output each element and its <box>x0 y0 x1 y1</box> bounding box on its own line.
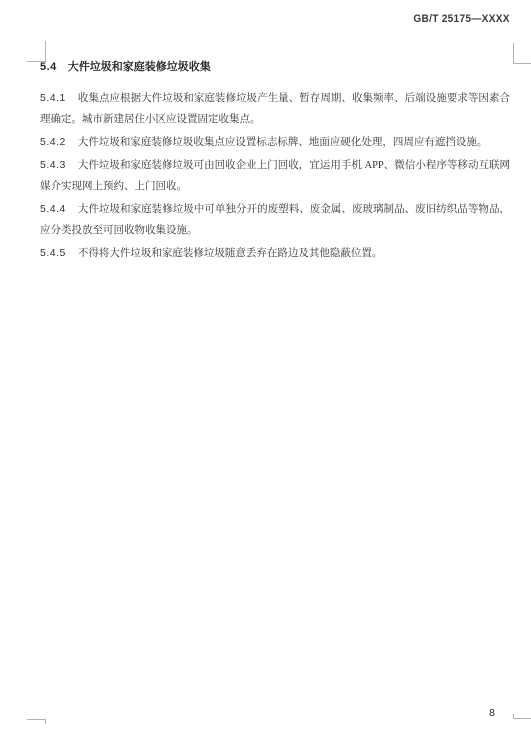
page-number: 8 <box>489 707 495 719</box>
clause-number: 5.4.4 <box>40 203 66 215</box>
clause-5-4-4: 5.4.4大件垃圾和家庭装修垃圾中可单独分开的废塑料、废金属、废玻璃制品、废旧纺… <box>40 199 510 241</box>
clause-number: 5.4.2 <box>40 136 66 148</box>
clause-number: 5.4.5 <box>40 247 66 259</box>
crop-mark-bottom-left <box>27 719 46 724</box>
section-number: 5.4 <box>40 61 57 73</box>
clause-text: 收集点应根据大件垃圾和家庭装修垃圾产生量、暂存周期、收集频率、后端设施要求等因素… <box>40 93 510 125</box>
clause-5-4-1: 5.4.1收集点应根据大件垃圾和家庭装修垃圾产生量、暂存周期、收集频率、后端设施… <box>40 88 510 130</box>
section-heading: 5.4大件垃圾和家庭装修垃圾收集 <box>40 57 510 78</box>
document-standard-number: GB/T 25175—XXXX <box>414 13 510 25</box>
clause-5-4-2: 5.4.2大件垃圾和家庭装修垃圾收集点应设置标志标牌、地面应硬化处理，四周应有遮… <box>40 132 510 153</box>
clause-text: 大件垃圾和家庭装修垃圾可由回收企业上门回收，宜运用手机 APP、微信小程序等移动… <box>40 160 510 192</box>
clause-number: 5.4.3 <box>40 159 66 171</box>
page-body: 5.4大件垃圾和家庭装修垃圾收集 5.4.1收集点应根据大件垃圾和家庭装修垃圾产… <box>40 57 510 266</box>
clause-text: 大件垃圾和家庭装修垃圾收集点应设置标志标牌、地面应硬化处理，四周应有遮挡设施。 <box>78 137 488 148</box>
clause-text: 不得将大件垃圾和家庭装修垃圾随意丢弃在路边及其他隐蔽位置。 <box>78 248 383 259</box>
clause-text: 大件垃圾和家庭装修垃圾中可单独分开的废塑料、废金属、废玻璃制品、废旧纺织品等物品… <box>40 204 510 236</box>
clause-5-4-3: 5.4.3大件垃圾和家庭装修垃圾可由回收企业上门回收，宜运用手机 APP、微信小… <box>40 155 510 197</box>
clause-number: 5.4.1 <box>40 92 66 104</box>
section-title: 大件垃圾和家庭装修垃圾收集 <box>68 61 211 73</box>
clause-5-4-5: 5.4.5不得将大件垃圾和家庭装修垃圾随意丢弃在路边及其他隐蔽位置。 <box>40 243 510 264</box>
crop-mark-top-right <box>513 43 531 64</box>
crop-mark-bottom-right <box>513 714 531 719</box>
